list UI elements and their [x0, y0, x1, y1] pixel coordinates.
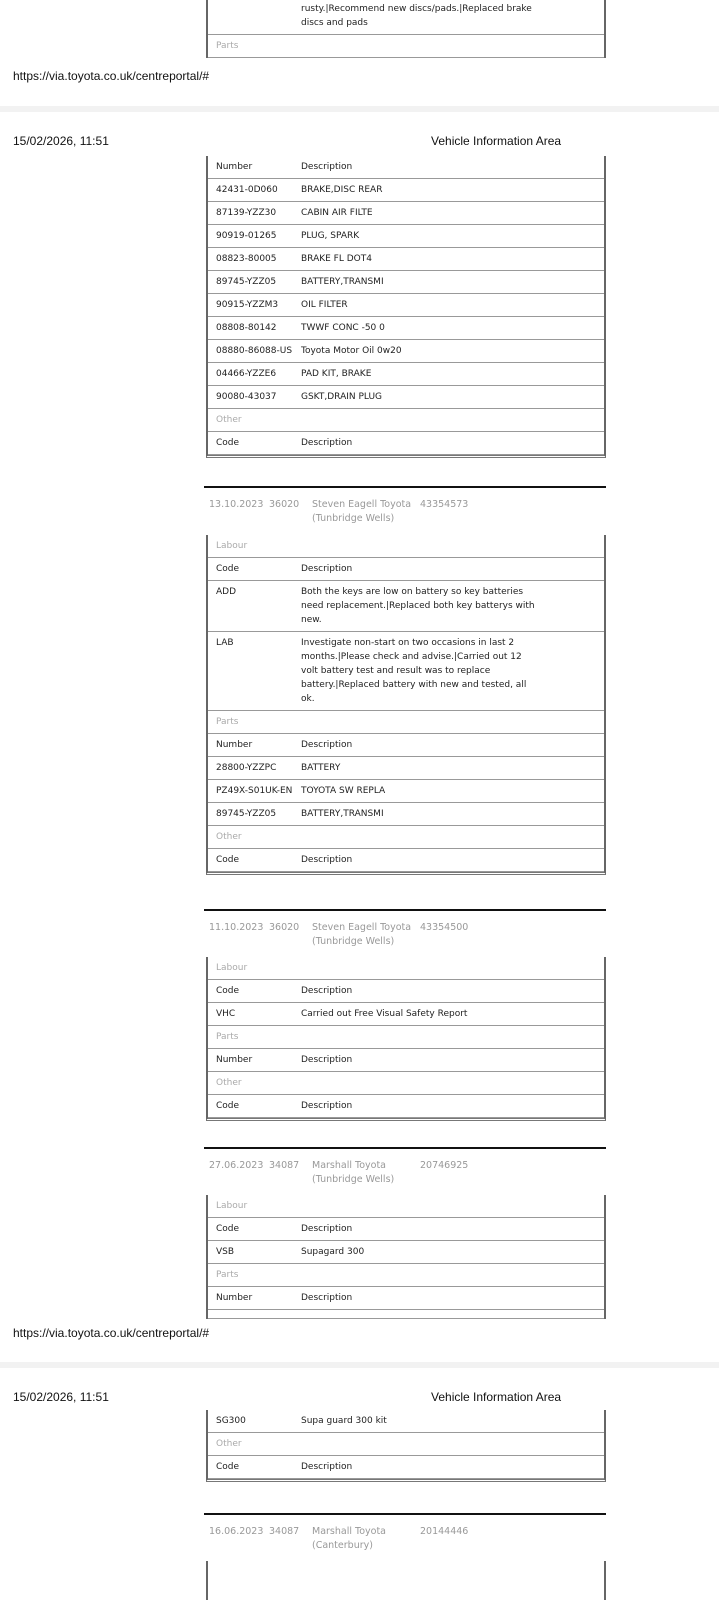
cell-description: [301, 830, 541, 844]
section-parts: Parts: [208, 1264, 604, 1287]
visit-invoice: 20746925: [420, 1159, 510, 1187]
visit-date: 27.06.2023: [204, 1159, 269, 1187]
table-header: CodeDescription: [208, 1456, 604, 1479]
cell-description: [301, 1030, 541, 1044]
cell-key: Labour: [208, 961, 301, 975]
visit-mileage: 36020: [269, 921, 312, 949]
cell-description: Investigate non-start on two occasions i…: [301, 636, 541, 706]
top-fragment-table: rusty.|Recommend new discs/pads.|Replace…: [206, 0, 606, 58]
cell-key: LAB: [208, 636, 301, 706]
visit-mileage: 36020: [269, 498, 312, 526]
cell-description: [301, 413, 541, 427]
page-url[interactable]: https://via.toyota.co.uk/centreportal/#: [13, 1326, 209, 1340]
page-cut: [208, 1310, 604, 1319]
table-row: 08880-86088-USToyota Motor Oil 0w20: [208, 340, 604, 363]
section-parts: Parts: [208, 35, 604, 58]
visit-header: 27.06.202334087Marshall Toyota (Tunbridg…: [204, 1147, 606, 1187]
cell-key: 89745-YZZ05: [208, 807, 301, 821]
visit-table: LabourCodeDescriptionVSBSupagard 300Part…: [206, 1195, 606, 1319]
cell-description: Description: [301, 1291, 541, 1305]
visit-header: 13.10.202336020Steven Eagell Toyota (Tun…: [204, 486, 606, 526]
section-parts: Parts: [208, 1026, 604, 1049]
cell-key: 87139-YZZ30: [208, 206, 301, 220]
cell-key: Number: [208, 738, 301, 752]
table-header: CodeDescription: [208, 980, 604, 1003]
cell-description: Description: [301, 984, 541, 998]
cell-key: Other: [208, 1437, 301, 1451]
cell-description: CABIN AIR FILTE: [301, 206, 541, 220]
table-header: NumberDescription: [208, 734, 604, 757]
cell-key: PZ49X-S01UK-EN: [208, 784, 301, 798]
visit-header: 11.10.202336020Steven Eagell Toyota (Tun…: [204, 909, 606, 949]
cell-key: VSB: [208, 1245, 301, 1259]
cell-key: Code: [208, 1222, 301, 1236]
cell-key: Code: [208, 984, 301, 998]
cell-description: Carried out Free Visual Safety Report: [301, 1007, 541, 1021]
cell-key: Code: [208, 436, 301, 450]
visit-dealer: Steven Eagell Toyota (Tunbridge Wells): [312, 921, 420, 949]
table-header: CodeDescription: [208, 1218, 604, 1241]
cell-description: [301, 539, 541, 553]
cell-key: Other: [208, 830, 301, 844]
cell-key: Parts: [208, 1268, 301, 1282]
table-row: PZ49X-S01UK-ENTOYOTA SW REPLA: [208, 780, 604, 803]
cell-key: 28800-YZZPC: [208, 761, 301, 775]
cell-key: Number: [208, 1291, 301, 1305]
cell-description: Description: [301, 562, 541, 576]
cell-description: BRAKE FL DOT4: [301, 252, 541, 266]
cell-description: Supagard 300: [301, 1245, 541, 1259]
cell-key: Other: [208, 1076, 301, 1090]
cell-description: [301, 1437, 541, 1451]
cell-description: PLUG, SPARK: [301, 229, 541, 243]
cell-description: Description: [301, 1460, 541, 1474]
table-header: NumberDescription: [208, 156, 604, 179]
cell-key: SG300: [208, 1414, 301, 1428]
table-header: CodeDescription: [208, 432, 604, 455]
visit-invoice: 43354500: [420, 921, 510, 949]
parts-table: NumberDescription42431-0D060BRAKE,DISC R…: [206, 156, 606, 458]
page-break: [0, 106, 719, 112]
cell-key: Parts: [208, 1030, 301, 1044]
table-row: LABInvestigate non-start on two occasion…: [208, 632, 604, 711]
visit-dealer: Steven Eagell Toyota (Tunbridge Wells): [312, 498, 420, 526]
area-title: Vehicle Information Area: [431, 1390, 561, 1404]
visit-date: 16.06.2023: [204, 1525, 269, 1553]
cell-key: 08880-86088-US: [208, 344, 301, 358]
cell-key: Number: [208, 160, 301, 174]
table-header: CodeDescription: [208, 558, 604, 581]
visit-table: LabourCodeDescriptionVHCCarried out Free…: [206, 957, 606, 1121]
table-row: SG300Supa guard 300 kit: [208, 1410, 604, 1433]
table-row: 89745-YZZ05BATTERY,TRANSMI: [208, 803, 604, 826]
visit-invoice: 20144446: [420, 1525, 510, 1553]
cell-key: Code: [208, 1460, 301, 1474]
cell-description: TWWF CONC -50 0: [301, 321, 541, 335]
table-header: CodeDescription: [208, 1095, 604, 1118]
cell-description: Description: [301, 738, 541, 752]
cell-description: Description: [301, 1222, 541, 1236]
visit-table-continued: SG300Supa guard 300 kitOtherCodeDescript…: [206, 1410, 606, 1482]
section-other: Other: [208, 409, 604, 432]
table-header: NumberDescription: [208, 1287, 604, 1310]
section-other: Other: [208, 826, 604, 849]
cell-description: [301, 1076, 541, 1090]
cell-description: BATTERY,TRANSMI: [301, 275, 541, 289]
page-break: [0, 1362, 719, 1368]
table-row: 87139-YZZ30CABIN AIR FILTE: [208, 202, 604, 225]
cell-key: Code: [208, 562, 301, 576]
table-row: VHCCarried out Free Visual Safety Report: [208, 1003, 604, 1026]
visit-mileage: 34087: [269, 1525, 312, 1553]
cell-description: BATTERY: [301, 761, 541, 775]
cell-key: Code: [208, 853, 301, 867]
cell-key: 08808-80142: [208, 321, 301, 335]
cell-key: Labour: [208, 1199, 301, 1213]
table-row: 42431-0D060BRAKE,DISC REAR: [208, 179, 604, 202]
cell-description: BRAKE,DISC REAR: [301, 183, 541, 197]
table-header: CodeDescription: [208, 849, 604, 872]
visit-header: 16.06.202334087Marshall Toyota (Canterbu…: [204, 1513, 606, 1553]
labour-description: rusty.|Recommend new discs/pads.|Replace…: [301, 2, 541, 30]
table-row: VSBSupagard 300: [208, 1241, 604, 1264]
cell-key: Other: [208, 413, 301, 427]
cell-key: 90080-43037: [208, 390, 301, 404]
table-row: 04466-YZZE6PAD KIT, BRAKE: [208, 363, 604, 386]
table-row: ADDBoth the keys are low on battery so k…: [208, 581, 604, 632]
cell-description: Description: [301, 160, 541, 174]
table-header: NumberDescription: [208, 1049, 604, 1072]
cell-key: Parts: [208, 715, 301, 729]
cell-key: Code: [208, 1099, 301, 1113]
section-labour: Labour: [208, 535, 604, 558]
cell-description: [301, 1268, 541, 1282]
cell-description: TOYOTA SW REPLA: [301, 784, 541, 798]
cell-key: ADD: [208, 585, 301, 627]
cell-description: BATTERY,TRANSMI: [301, 807, 541, 821]
visit-table: LabourCodeDescriptionADDBoth the keys ar…: [206, 535, 606, 875]
cell-description: PAD KIT, BRAKE: [301, 367, 541, 381]
cell-description: Description: [301, 853, 541, 867]
cell-key: 89745-YZZ05: [208, 275, 301, 289]
cell-description: Description: [301, 1053, 541, 1067]
cell-key: 42431-0D060: [208, 183, 301, 197]
cell-description: Both the keys are low on battery so key …: [301, 585, 541, 627]
table-row: 08823-80005BRAKE FL DOT4: [208, 248, 604, 271]
visit-mileage: 34087: [269, 1159, 312, 1187]
visit-date: 11.10.2023: [204, 921, 269, 949]
cell-key: 04466-YZZE6: [208, 367, 301, 381]
cell-key: 90915-YZZM3: [208, 298, 301, 312]
section-parts: Parts: [208, 711, 604, 734]
table-row: 28800-YZZPCBATTERY: [208, 757, 604, 780]
visit-date: 13.10.2023: [204, 498, 269, 526]
cell-description: Toyota Motor Oil 0w20: [301, 344, 541, 358]
cell-description: GSKT,DRAIN PLUG: [301, 390, 541, 404]
section-other: Other: [208, 1433, 604, 1456]
print-timestamp: 15/02/2026, 11:51: [13, 1390, 109, 1404]
cell-description: [301, 1199, 541, 1213]
visit-dealer: Marshall Toyota (Tunbridge Wells): [312, 1159, 420, 1187]
page-url[interactable]: https://via.toyota.co.uk/centreportal/#: [13, 69, 209, 83]
visit-invoice: 43354573: [420, 498, 510, 526]
cell-key: Number: [208, 1053, 301, 1067]
cell-key: 90919-01265: [208, 229, 301, 243]
section-labour: Labour: [208, 957, 604, 980]
visit-table: [206, 1561, 606, 1600]
cell-key: 08823-80005: [208, 252, 301, 266]
table-row: 89745-YZZ05BATTERY,TRANSMI: [208, 271, 604, 294]
section-other: Other: [208, 1072, 604, 1095]
table-row: 90915-YZZM3OIL FILTER: [208, 294, 604, 317]
visit-dealer: Marshall Toyota (Canterbury): [312, 1525, 420, 1553]
area-title: Vehicle Information Area: [431, 134, 561, 148]
cell-description: Description: [301, 436, 541, 450]
cell-description: [301, 715, 541, 729]
cell-description: OIL FILTER: [301, 298, 541, 312]
table-row: 90919-01265PLUG, SPARK: [208, 225, 604, 248]
cell-description: Supa guard 300 kit: [301, 1414, 541, 1428]
table-row: 90080-43037GSKT,DRAIN PLUG: [208, 386, 604, 409]
table-row: 08808-80142TWWF CONC -50 0: [208, 317, 604, 340]
cell-description: [301, 961, 541, 975]
print-timestamp: 15/02/2026, 11:51: [13, 134, 109, 148]
cell-description: Description: [301, 1099, 541, 1113]
cell-key: Labour: [208, 539, 301, 553]
cell-key: VHC: [208, 1007, 301, 1021]
section-labour: Labour: [208, 1195, 604, 1218]
